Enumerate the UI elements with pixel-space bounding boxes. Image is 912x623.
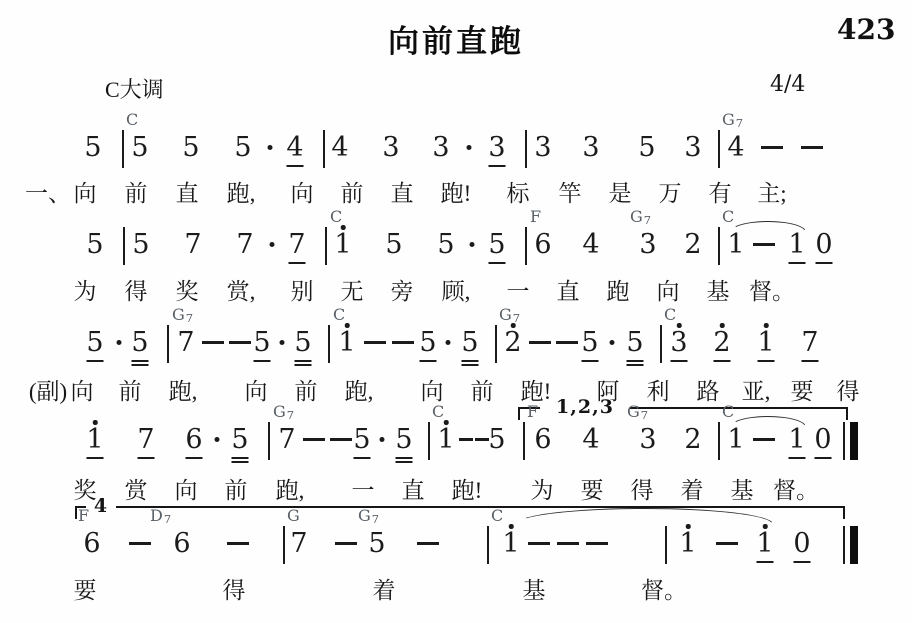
note-digit: 5: [291, 327, 315, 359]
lyric-char: 竿: [559, 175, 582, 208]
duration-underline: [87, 360, 104, 362]
note: 2: [681, 229, 705, 261]
note: 1: [753, 528, 777, 560]
note: 1: [724, 229, 748, 261]
note: 1: [434, 424, 458, 456]
note: 5: [128, 132, 152, 164]
final-barline-thin: [843, 526, 845, 564]
chord-root: C: [330, 207, 342, 226]
lyric-char: 有: [709, 175, 732, 208]
volta-line: [116, 506, 843, 508]
lyric-char: 得: [837, 373, 860, 406]
note-digit: 5: [83, 327, 107, 359]
note-digit: 3: [429, 132, 453, 164]
lyric-char: 直: [391, 175, 414, 208]
duration-underline: [489, 165, 506, 167]
lyric-char: 跑!: [452, 472, 483, 505]
duration-underline: [396, 457, 413, 459]
chord-root: F: [530, 207, 541, 226]
note-digit: 2: [710, 327, 734, 359]
aug-dot: [467, 145, 472, 150]
duration-underline: [582, 360, 599, 362]
note-digit: 7: [233, 229, 257, 261]
note: 7: [174, 327, 198, 359]
note: 2: [710, 327, 734, 359]
chord-symbol: C: [491, 506, 503, 525]
octave-dot: [686, 524, 691, 529]
note: 7: [285, 229, 309, 261]
lyric-char: 是: [609, 175, 632, 208]
duration-underline: [232, 457, 249, 459]
note: 5: [392, 424, 416, 456]
aug-dot: [117, 340, 122, 345]
duration-dash: [586, 542, 608, 545]
chord-symbol: G7: [627, 402, 648, 422]
duration-underline: [462, 360, 479, 362]
duration-dash: [801, 146, 823, 149]
chord-symbol: G7: [358, 506, 379, 526]
barline: [123, 227, 125, 265]
lyric-char: 跑: [607, 273, 630, 306]
chord-symbol: G: [287, 506, 300, 525]
lyric-char: 跑!: [441, 175, 472, 208]
lyric-char: 向: [245, 373, 268, 406]
lyric-char: 一: [507, 273, 530, 306]
duration-underline: [815, 457, 832, 459]
note-digit: 1: [724, 229, 748, 261]
barline: [328, 325, 330, 363]
octave-dot: [763, 524, 768, 529]
duration-dash: [227, 542, 249, 545]
lyric-char: 别: [291, 273, 314, 306]
note: 7: [798, 327, 822, 359]
lyric-char: 向: [291, 175, 314, 208]
note-digit: 1: [724, 424, 748, 456]
note-digit: 6: [531, 229, 555, 261]
note: 1: [83, 424, 107, 456]
chord-root: G: [287, 506, 300, 525]
lyric-char: 基: [523, 572, 546, 605]
chord-root: C: [333, 305, 345, 324]
chord-symbol: G7: [172, 305, 193, 325]
lyric-char: 督。: [749, 273, 795, 306]
chord-symbol: G7: [722, 110, 743, 130]
note: 6: [170, 528, 194, 560]
lyric-char: 赏: [125, 472, 148, 505]
duration-underline: [295, 364, 312, 366]
note: 5: [228, 424, 252, 456]
duration-dash: [716, 542, 738, 545]
note-digit: 7: [798, 327, 822, 359]
octave-dot: [444, 420, 449, 425]
lyric-char: 基: [731, 472, 754, 505]
lyric-char: 一、: [25, 175, 71, 208]
lyric-char: 为: [74, 273, 97, 306]
note: 3: [429, 132, 453, 164]
note-digit: 5: [350, 424, 374, 456]
note: 2: [501, 327, 525, 359]
chord-root: D: [150, 506, 163, 525]
score: 5C555443333353G74一、向前直跑,向前直跑!标竿是万有主;5577…: [0, 0, 912, 623]
lyric-char: 主;: [757, 175, 786, 208]
note-digit: 1: [499, 528, 523, 560]
duration-underline: [254, 360, 271, 362]
duration-underline: [789, 457, 806, 459]
chord-symbol: C: [664, 305, 676, 324]
note: 5: [350, 424, 374, 456]
barline: [718, 130, 720, 168]
duration-dash: [303, 438, 325, 441]
duration-underline: [627, 360, 644, 362]
note: 0: [790, 528, 814, 560]
chord-symbol: C: [722, 402, 734, 421]
lyric-char: 向: [71, 373, 94, 406]
note-digit: 3: [667, 327, 691, 359]
lyric-char: 督。: [641, 572, 687, 605]
note: 5: [635, 132, 659, 164]
aug-dot: [268, 145, 273, 150]
lyric-char: 着: [681, 472, 704, 505]
duration-dash: [556, 341, 578, 344]
note-digit: 5: [128, 132, 152, 164]
volta-tick: [518, 407, 520, 420]
duration-underline: [87, 457, 104, 459]
lyric-char: 得: [631, 472, 654, 505]
lyric-char: 向: [657, 273, 680, 306]
lyric-char: 路: [697, 373, 720, 406]
note-digit: 5: [578, 327, 602, 359]
note: 6: [80, 528, 104, 560]
lyric-char: 直: [557, 273, 580, 306]
note: 7: [233, 229, 257, 261]
lyric-char: 得: [125, 273, 148, 306]
lyric-char: 旁: [391, 273, 414, 306]
barline: [718, 422, 720, 460]
duration-dash: [753, 243, 775, 246]
note: 6: [182, 424, 206, 456]
note: 1: [331, 229, 355, 261]
octave-dot: [677, 323, 682, 328]
duration-underline: [714, 360, 731, 362]
note-digit: 1: [785, 229, 809, 261]
barline: [325, 227, 327, 265]
chord-root: F: [527, 402, 538, 421]
chord-root: G: [358, 506, 371, 525]
note: 5: [231, 132, 255, 164]
note: 7: [134, 424, 158, 456]
note-digit: 3: [531, 132, 555, 164]
chord-root: G: [630, 207, 643, 226]
note-digit: 5: [228, 424, 252, 456]
lyric-char: 前: [119, 373, 142, 406]
duration-underline: [186, 457, 203, 459]
note-digit: 5: [416, 327, 440, 359]
note-digit: 5: [485, 424, 509, 456]
chord-extension: 7: [186, 311, 193, 325]
note: 5: [485, 424, 509, 456]
octave-dot: [509, 524, 514, 529]
note: 7: [287, 528, 311, 560]
duration-underline: [396, 461, 413, 463]
lyric-char: (副): [29, 373, 67, 406]
chord-extension: 7: [736, 116, 743, 130]
note-digit: 3: [579, 132, 603, 164]
duration-underline: [802, 360, 819, 362]
note-digit: 7: [181, 229, 205, 261]
lyric-char: 跑,: [276, 472, 305, 505]
lyric-char: 向: [175, 472, 198, 505]
tie-arc: [516, 508, 773, 524]
chord-symbol: F: [527, 402, 538, 421]
note: 5: [416, 327, 440, 359]
note: 5: [434, 229, 458, 261]
note: 0: [811, 424, 835, 456]
chord-symbol: D7: [150, 506, 171, 526]
lyric-char: 利: [647, 373, 670, 406]
note: 3: [485, 132, 509, 164]
note-digit: 5: [231, 132, 255, 164]
note-digit: 2: [501, 327, 525, 359]
final-barline-thick: [850, 526, 858, 564]
lyric-char: 基: [707, 273, 730, 306]
chord-root: F: [78, 506, 89, 525]
note: 1: [724, 424, 748, 456]
chord-symbol: F: [78, 506, 89, 525]
chord-extension: 7: [372, 512, 379, 526]
chord-symbol: C: [333, 305, 345, 324]
note: 1: [676, 528, 700, 560]
chord-extension: 7: [644, 213, 651, 227]
note-digit: 1: [331, 229, 355, 261]
note: 5: [623, 327, 647, 359]
note-digit: 7: [285, 229, 309, 261]
duration-dash: [335, 542, 357, 545]
note-digit: 1: [434, 424, 458, 456]
duration-underline: [489, 262, 506, 264]
duration-underline: [132, 364, 149, 366]
chord-root: C: [432, 402, 444, 421]
note-digit: 5: [434, 229, 458, 261]
note: 7: [275, 424, 299, 456]
note: 3: [579, 132, 603, 164]
note: 3: [681, 132, 705, 164]
final-barline-thin: [843, 422, 845, 460]
final-barline-thick: [850, 422, 858, 460]
note-digit: 5: [382, 229, 406, 261]
duration-dash: [529, 341, 551, 344]
note: 5: [128, 327, 152, 359]
duration-underline: [671, 360, 688, 362]
chord-root: C: [491, 506, 503, 525]
note: 6: [531, 229, 555, 261]
lyric-char: 着: [373, 572, 396, 605]
barline: [718, 227, 720, 265]
aug-dot: [270, 242, 275, 247]
note: 4: [579, 424, 603, 456]
chord-symbol: C: [126, 110, 138, 129]
note-digit: 6: [182, 424, 206, 456]
lyric-char: 得: [223, 572, 246, 605]
barline: [323, 130, 325, 168]
duration-underline: [232, 461, 249, 463]
duration-underline: [354, 457, 371, 459]
duration-dash: [129, 542, 151, 545]
duration-underline: [138, 457, 155, 459]
lyric-char: 顾,: [442, 273, 471, 306]
duration-dash: [761, 146, 783, 149]
note: 4: [579, 229, 603, 261]
note-digit: 0: [811, 424, 835, 456]
duration-underline: [420, 360, 437, 362]
final-barline: [843, 422, 859, 460]
note: 5: [291, 327, 315, 359]
note-digit: 5: [81, 132, 105, 164]
lyric-char: 前: [471, 373, 494, 406]
chord-extension: 7: [641, 408, 648, 422]
lyric-char: 赏,: [227, 273, 256, 306]
chord-symbol: G7: [630, 207, 651, 227]
note-digit: 6: [531, 424, 555, 456]
duration-underline: [295, 360, 312, 362]
note: 6: [531, 424, 555, 456]
duration-dash: [330, 438, 352, 441]
barline: [525, 130, 527, 168]
note: 4: [724, 132, 748, 164]
duration-dash: [417, 542, 439, 545]
note-digit: 4: [328, 132, 352, 164]
note-digit: 4: [283, 132, 307, 164]
note-digit: 7: [287, 528, 311, 560]
note-digit: 5: [623, 327, 647, 359]
aug-dot: [470, 242, 475, 247]
lyric-char: 直: [176, 175, 199, 208]
chord-root: G: [499, 305, 512, 324]
duration-dash: [459, 438, 473, 441]
note-digit: 5: [128, 327, 152, 359]
lyric-char: 前: [225, 472, 248, 505]
duration-underline: [816, 262, 833, 264]
lyric-char: 前: [295, 373, 318, 406]
duration-underline: [758, 360, 775, 362]
duration-underline: [287, 165, 304, 167]
note: 5: [83, 229, 107, 261]
barline: [525, 227, 527, 265]
chord-root: G: [273, 402, 286, 421]
note: 5: [83, 327, 107, 359]
octave-dot: [511, 323, 516, 328]
barline: [665, 526, 667, 564]
note-digit: 1: [785, 424, 809, 456]
lyric-char: 跑,: [169, 373, 198, 406]
note-digit: 6: [170, 528, 194, 560]
note: 1: [785, 229, 809, 261]
note-digit: 1: [676, 528, 700, 560]
note: 5: [365, 528, 389, 560]
volta-label: 1,2,3: [540, 395, 630, 419]
duration-dash: [229, 341, 251, 344]
note: 0: [812, 229, 836, 261]
note: 1: [754, 327, 778, 359]
lyric-char: 无: [341, 273, 364, 306]
note: 4: [283, 132, 307, 164]
barline: [523, 422, 525, 460]
chord-root: G: [627, 402, 640, 421]
lyric-char: 前: [341, 175, 364, 208]
chord-root: G: [172, 305, 185, 324]
duration-dash: [557, 542, 579, 545]
note: 1: [335, 327, 359, 359]
note-digit: 1: [753, 528, 777, 560]
octave-dot: [93, 420, 98, 425]
note: 1: [785, 424, 809, 456]
barline: [487, 526, 489, 564]
duration-underline: [289, 262, 306, 264]
duration-dash: [528, 542, 550, 545]
lyric-char: 奖: [176, 273, 199, 306]
volta-label: 4: [86, 494, 116, 518]
note-digit: 5: [458, 327, 482, 359]
chord-root: C: [664, 305, 676, 324]
aug-dot: [446, 340, 451, 345]
note-digit: 4: [579, 229, 603, 261]
duration-dash: [753, 438, 775, 441]
note-digit: 3: [681, 132, 705, 164]
note: 5: [578, 327, 602, 359]
aug-dot: [380, 437, 385, 442]
octave-dot: [764, 323, 769, 328]
note: 3: [636, 424, 660, 456]
barline: [268, 422, 270, 460]
lyric-char: 亚,: [742, 373, 771, 406]
duration-dash: [364, 341, 386, 344]
lyric-char: 跑,: [227, 175, 256, 208]
barline: [283, 526, 285, 564]
note-digit: 5: [250, 327, 274, 359]
chord-symbol: C: [722, 207, 734, 226]
note-digit: 5: [392, 424, 416, 456]
barline: [660, 325, 662, 363]
note: 3: [531, 132, 555, 164]
note-digit: 3: [636, 424, 660, 456]
volta-tick: [843, 506, 845, 519]
chord-symbol: F: [530, 207, 541, 226]
lyric-char: 向: [74, 175, 97, 208]
volta-tick: [75, 506, 77, 519]
note-digit: 0: [812, 229, 836, 261]
aug-dot: [610, 340, 615, 345]
note-digit: 7: [174, 327, 198, 359]
barline: [167, 325, 169, 363]
duration-underline: [627, 364, 644, 366]
note-digit: 5: [635, 132, 659, 164]
note: 3: [667, 327, 691, 359]
note-digit: 7: [134, 424, 158, 456]
final-barline: [843, 526, 859, 564]
note-digit: 5: [129, 229, 153, 261]
chord-extension: 7: [287, 408, 294, 422]
note: 5: [250, 327, 274, 359]
note: 3: [379, 132, 403, 164]
note: 4: [328, 132, 352, 164]
chord-root: G: [722, 110, 735, 129]
note: 3: [636, 229, 660, 261]
note-digit: 2: [681, 424, 705, 456]
duration-underline: [757, 561, 774, 563]
octave-dot: [345, 323, 350, 328]
volta-tick: [846, 407, 848, 420]
note-digit: 1: [83, 424, 107, 456]
duration-dash: [392, 341, 414, 344]
